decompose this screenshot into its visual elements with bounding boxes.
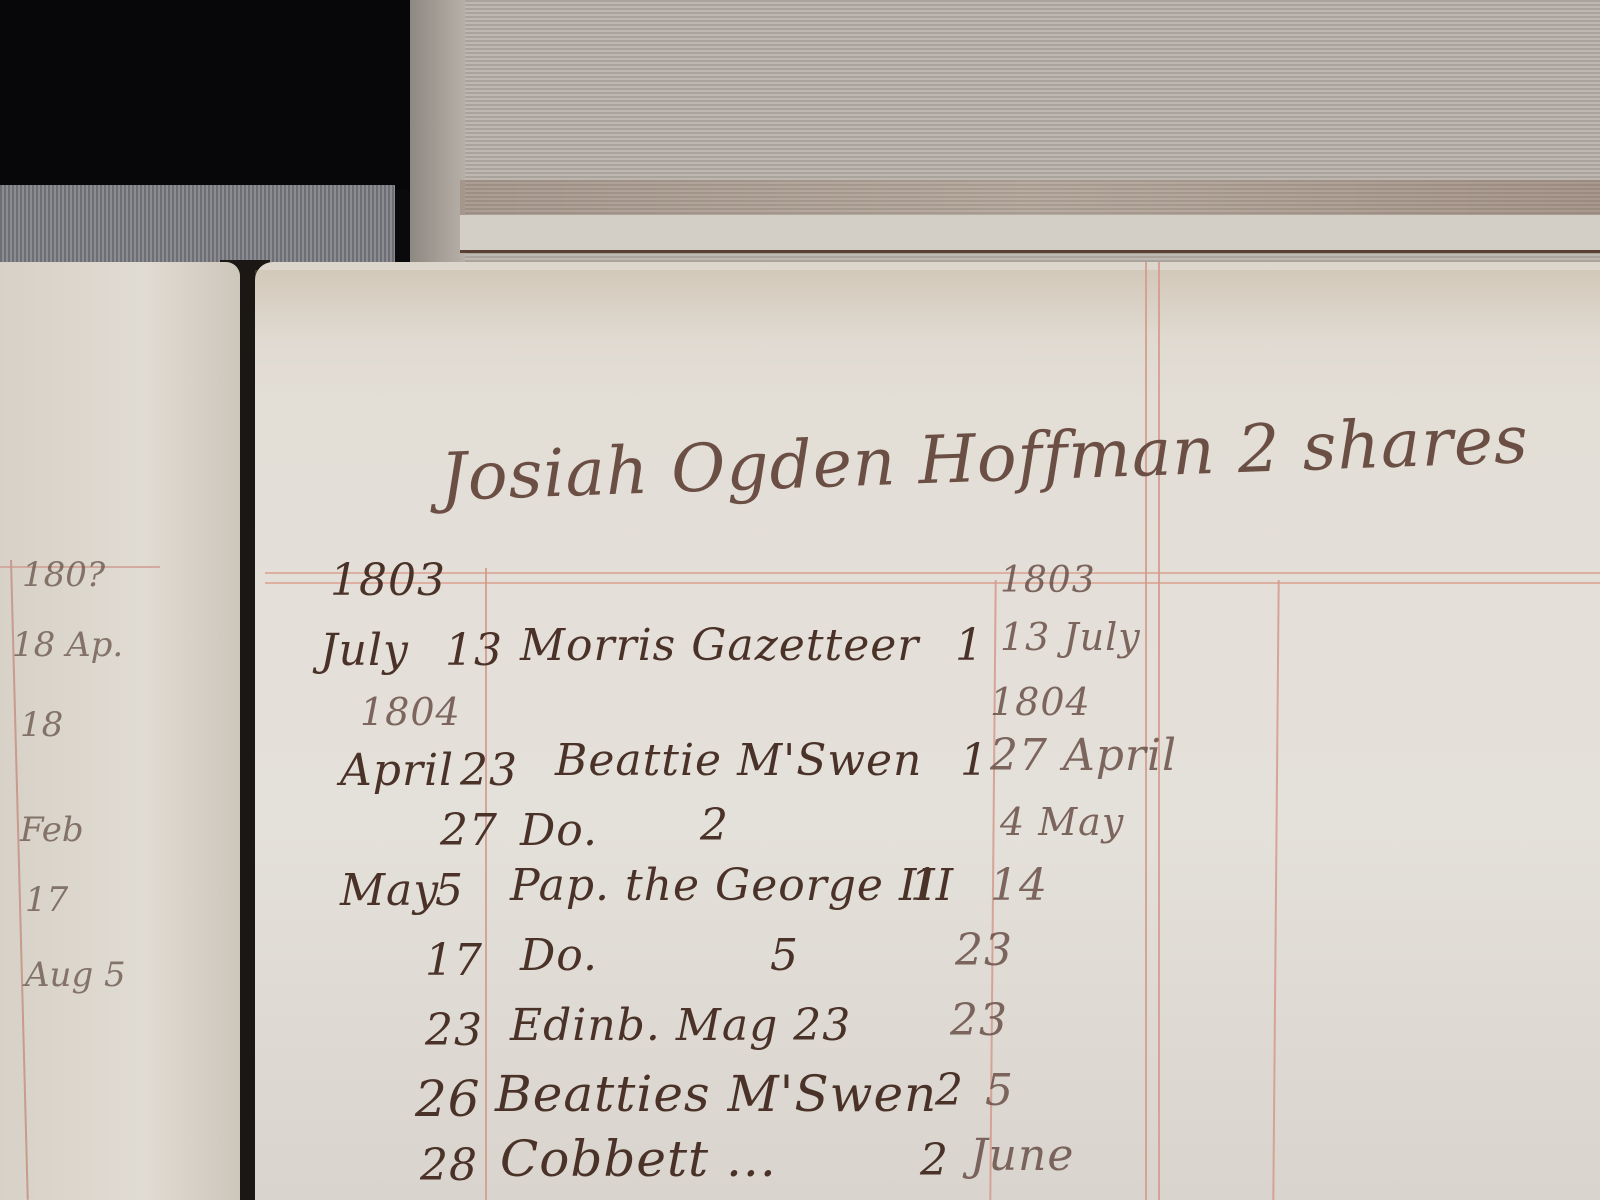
entry-text: Cobbett ... — [500, 1130, 777, 1188]
entry-qty: 2 — [920, 1135, 949, 1186]
entry-qty: 2 — [935, 1065, 964, 1116]
cover-edge — [460, 215, 1600, 253]
entry-right: 23 — [955, 925, 1013, 976]
entry-day: 13 — [445, 625, 503, 676]
entry-text: Beatties M'Swen — [495, 1065, 937, 1123]
entry-day: 27 — [440, 805, 498, 856]
left-fragment: 180? — [22, 555, 105, 595]
left-fragment: 17 — [25, 880, 68, 920]
entry-day: 26 — [415, 1070, 481, 1128]
entry-text: Morris Gazetteer — [520, 620, 919, 671]
entry-text: Do. — [520, 930, 598, 981]
entry-text: Edinb. Mag 23 — [510, 1000, 851, 1051]
entry-month: 1804 — [360, 690, 461, 734]
entry-text: Do. — [520, 805, 598, 856]
header-rule — [265, 582, 1600, 584]
entry-day: 17 — [425, 935, 483, 986]
year-header-left: 1803 — [330, 555, 446, 606]
page-water-stain — [255, 270, 1600, 340]
entry-day: 28 — [420, 1140, 478, 1191]
entry-right: 4 May — [1000, 800, 1124, 844]
entry-right: 1804 — [990, 680, 1091, 724]
entry-day: 23 — [425, 1005, 483, 1056]
left-fragment: 18 Ap. — [12, 625, 123, 665]
left-fragment: Aug 5 — [25, 955, 126, 995]
entry-text: Pap. the George III — [510, 860, 954, 911]
entry-right: 27 April — [990, 730, 1177, 781]
entry-right: 13 July — [1000, 615, 1141, 659]
entry-month: July — [320, 625, 409, 676]
year-header-right: 1803 — [1000, 560, 1096, 601]
entry-text: Beattie M'Swen — [555, 735, 922, 786]
entry-qty: 1 — [955, 620, 984, 671]
entry-month: April — [340, 745, 454, 796]
cover-stains — [460, 180, 1600, 220]
entry-right: 5 — [985, 1065, 1014, 1116]
entry-right: June — [970, 1130, 1074, 1181]
entry-qty: 2 — [700, 800, 729, 851]
entry-right: 14 — [990, 860, 1048, 911]
entry-day: 5 — [435, 865, 464, 916]
entry-right: 23 — [950, 995, 1008, 1046]
entry-day: 23 — [460, 745, 518, 796]
book-spine — [410, 0, 465, 265]
dark-background — [0, 0, 420, 190]
entry-month: May — [340, 865, 439, 916]
left-fragment: Feb — [20, 810, 84, 850]
entry-qty: 1 — [910, 860, 939, 911]
entry-qty: 1 — [960, 735, 989, 786]
left-fragment: 18 — [20, 705, 63, 745]
entry-qty: 5 — [770, 930, 799, 981]
header-rule — [265, 572, 1600, 574]
